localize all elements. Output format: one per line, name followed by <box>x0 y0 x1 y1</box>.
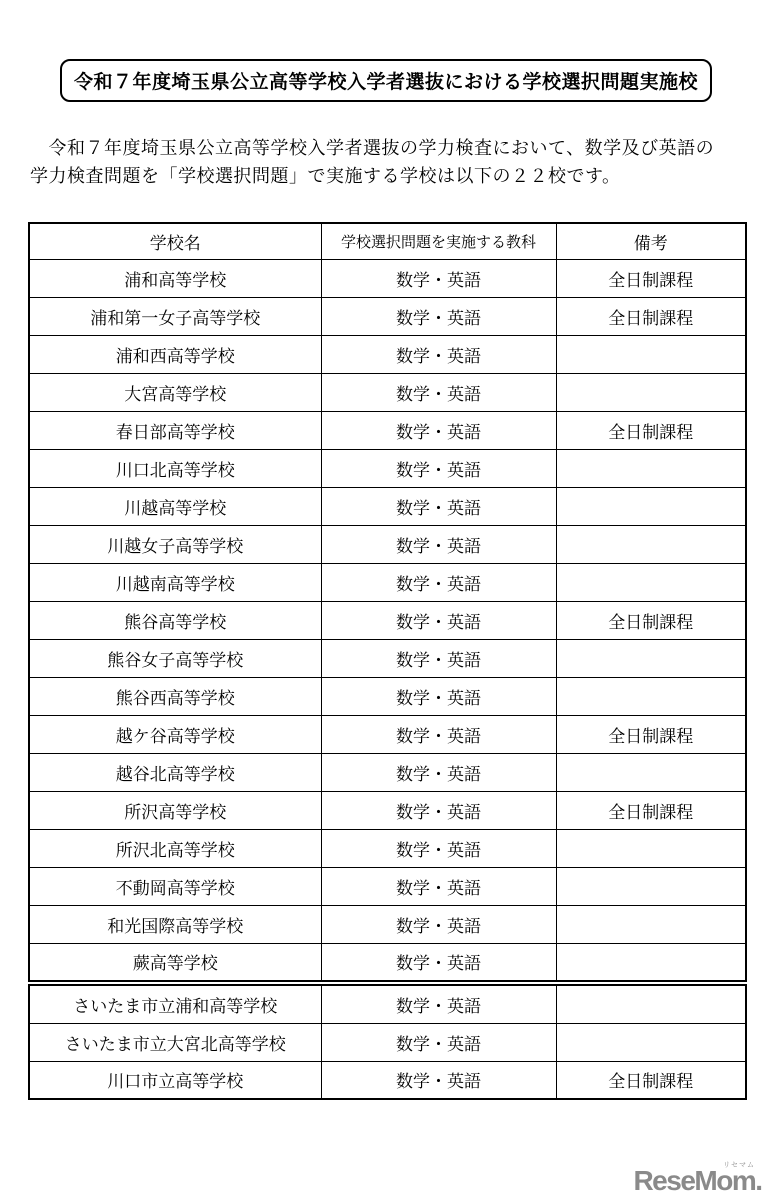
school-name-cell: 所沢北高等学校 <box>29 829 321 867</box>
note-cell <box>556 563 746 601</box>
school-name-cell: 春日部高等学校 <box>29 411 321 449</box>
note-cell <box>556 487 746 525</box>
subjects-cell: 数学・英語 <box>321 335 556 373</box>
table-row: 蕨高等学校数学・英語 <box>29 943 746 981</box>
note-cell <box>556 373 746 411</box>
header-subjects: 学校選択問題を実施する教科 <box>321 223 556 259</box>
note-cell <box>556 753 746 791</box>
school-name-cell: 川口市立高等学校 <box>29 1061 321 1099</box>
resemom-logo: リセマム ReseMom. <box>633 1167 763 1195</box>
school-name-cell: 蕨高等学校 <box>29 943 321 981</box>
school-name-cell: 熊谷女子高等学校 <box>29 639 321 677</box>
note-cell <box>556 943 746 981</box>
school-name-cell: さいたま市立大宮北高等学校 <box>29 1023 321 1061</box>
subjects-cell: 数学・英語 <box>321 715 556 753</box>
municipal-schools-table: さいたま市立浦和高等学校数学・英語さいたま市立大宮北高等学校数学・英語川口市立高… <box>28 984 747 1100</box>
subjects-cell: 数学・英語 <box>321 829 556 867</box>
note-cell: 全日制課程 <box>556 411 746 449</box>
header-note: 備考 <box>556 223 746 259</box>
subjects-cell: 数学・英語 <box>321 259 556 297</box>
subjects-cell: 数学・英語 <box>321 905 556 943</box>
intro-line-1: 令和７年度埼玉県公立高等学校入学者選抜の学力検査において、数学及び英語の <box>30 134 742 162</box>
table-row: 越ケ谷高等学校数学・英語全日制課程 <box>29 715 746 753</box>
note-cell: 全日制課程 <box>556 1061 746 1099</box>
subjects-cell: 数学・英語 <box>321 525 556 563</box>
table-row: 浦和第一女子高等学校数学・英語全日制課程 <box>29 297 746 335</box>
table-row: 川越女子高等学校数学・英語 <box>29 525 746 563</box>
intro-paragraph: 令和７年度埼玉県公立高等学校入学者選抜の学力検査において、数学及び英語の 学力検… <box>30 134 742 190</box>
subjects-cell: 数学・英語 <box>321 487 556 525</box>
note-cell: 全日制課程 <box>556 791 746 829</box>
school-name-cell: 浦和西高等学校 <box>29 335 321 373</box>
table-row: さいたま市立大宮北高等学校数学・英語 <box>29 1023 746 1061</box>
subjects-cell: 数学・英語 <box>321 867 556 905</box>
school-name-cell: 熊谷西高等学校 <box>29 677 321 715</box>
intro-line-2: 学力検査問題を「学校選択問題」で実施する学校は以下の２２校です。 <box>30 162 742 190</box>
resemom-logo-text: ReseMom <box>633 1165 755 1196</box>
document-title-box: 令和７年度埼玉県公立高等学校入学者選抜における学校選択問題実施校 <box>60 59 712 102</box>
subjects-cell: 数学・英語 <box>321 791 556 829</box>
school-name-cell: 不動岡高等学校 <box>29 867 321 905</box>
note-cell <box>556 905 746 943</box>
subjects-cell: 数学・英語 <box>321 943 556 981</box>
note-cell: 全日制課程 <box>556 601 746 639</box>
document-title: 令和７年度埼玉県公立高等学校入学者選抜における学校選択問題実施校 <box>74 67 698 94</box>
school-name-cell: 川越高等学校 <box>29 487 321 525</box>
note-cell <box>556 639 746 677</box>
table-row: 川口北高等学校数学・英語 <box>29 449 746 487</box>
note-cell: 全日制課程 <box>556 715 746 753</box>
resemom-logo-period: . <box>755 1165 763 1196</box>
school-name-cell: 浦和第一女子高等学校 <box>29 297 321 335</box>
school-name-cell: 浦和高等学校 <box>29 259 321 297</box>
subjects-cell: 数学・英語 <box>321 677 556 715</box>
note-cell <box>556 867 746 905</box>
school-name-cell: 川口北高等学校 <box>29 449 321 487</box>
header-school-name: 学校名 <box>29 223 321 259</box>
table-row: 浦和高等学校数学・英語全日制課程 <box>29 259 746 297</box>
table-row: 浦和西高等学校数学・英語 <box>29 335 746 373</box>
subjects-cell: 数学・英語 <box>321 449 556 487</box>
table-row: 熊谷女子高等学校数学・英語 <box>29 639 746 677</box>
school-name-cell: 和光国際高等学校 <box>29 905 321 943</box>
note-cell <box>556 449 746 487</box>
note-cell: 全日制課程 <box>556 297 746 335</box>
note-cell: 全日制課程 <box>556 259 746 297</box>
table-row: 所沢北高等学校数学・英語 <box>29 829 746 867</box>
school-name-cell: 越ケ谷高等学校 <box>29 715 321 753</box>
school-name-cell: 大宮高等学校 <box>29 373 321 411</box>
subjects-cell: 数学・英語 <box>321 297 556 335</box>
school-name-cell: 川越南高等学校 <box>29 563 321 601</box>
note-cell <box>556 1023 746 1061</box>
note-cell <box>556 829 746 867</box>
note-cell <box>556 525 746 563</box>
school-name-cell: 川越女子高等学校 <box>29 525 321 563</box>
subjects-cell: 数学・英語 <box>321 1023 556 1061</box>
table-header-row: 学校名 学校選択問題を実施する教科 備考 <box>29 223 746 259</box>
table-row: 熊谷高等学校数学・英語全日制課程 <box>29 601 746 639</box>
subjects-cell: 数学・英語 <box>321 411 556 449</box>
prefectural-schools-table: 学校名 学校選択問題を実施する教科 備考 浦和高等学校数学・英語全日制課程浦和第… <box>28 222 747 982</box>
table-row: 和光国際高等学校数学・英語 <box>29 905 746 943</box>
table-row: 川越高等学校数学・英語 <box>29 487 746 525</box>
table-row: 所沢高等学校数学・英語全日制課程 <box>29 791 746 829</box>
subjects-cell: 数学・英語 <box>321 601 556 639</box>
subjects-cell: 数学・英語 <box>321 985 556 1023</box>
resemom-logo-ruby: リセマム <box>723 1162 755 1169</box>
table-row: 越谷北高等学校数学・英語 <box>29 753 746 791</box>
subjects-cell: 数学・英語 <box>321 373 556 411</box>
note-cell <box>556 335 746 373</box>
table-row: 川越南高等学校数学・英語 <box>29 563 746 601</box>
table-row: 不動岡高等学校数学・英語 <box>29 867 746 905</box>
note-cell <box>556 677 746 715</box>
table-row: さいたま市立浦和高等学校数学・英語 <box>29 985 746 1023</box>
school-name-cell: 熊谷高等学校 <box>29 601 321 639</box>
table-row: 川口市立高等学校数学・英語全日制課程 <box>29 1061 746 1099</box>
document-page: 令和７年度埼玉県公立高等学校入学者選抜における学校選択問題実施校 令和７年度埼玉… <box>0 0 770 1200</box>
table-row: 大宮高等学校数学・英語 <box>29 373 746 411</box>
subjects-cell: 数学・英語 <box>321 1061 556 1099</box>
table-row: 熊谷西高等学校数学・英語 <box>29 677 746 715</box>
table-row: 春日部高等学校数学・英語全日制課程 <box>29 411 746 449</box>
school-name-cell: 所沢高等学校 <box>29 791 321 829</box>
schools-table-container: 学校名 学校選択問題を実施する教科 備考 浦和高等学校数学・英語全日制課程浦和第… <box>28 222 745 1100</box>
note-cell <box>556 985 746 1023</box>
school-name-cell: 越谷北高等学校 <box>29 753 321 791</box>
subjects-cell: 数学・英語 <box>321 753 556 791</box>
subjects-cell: 数学・英語 <box>321 639 556 677</box>
school-name-cell: さいたま市立浦和高等学校 <box>29 985 321 1023</box>
subjects-cell: 数学・英語 <box>321 563 556 601</box>
